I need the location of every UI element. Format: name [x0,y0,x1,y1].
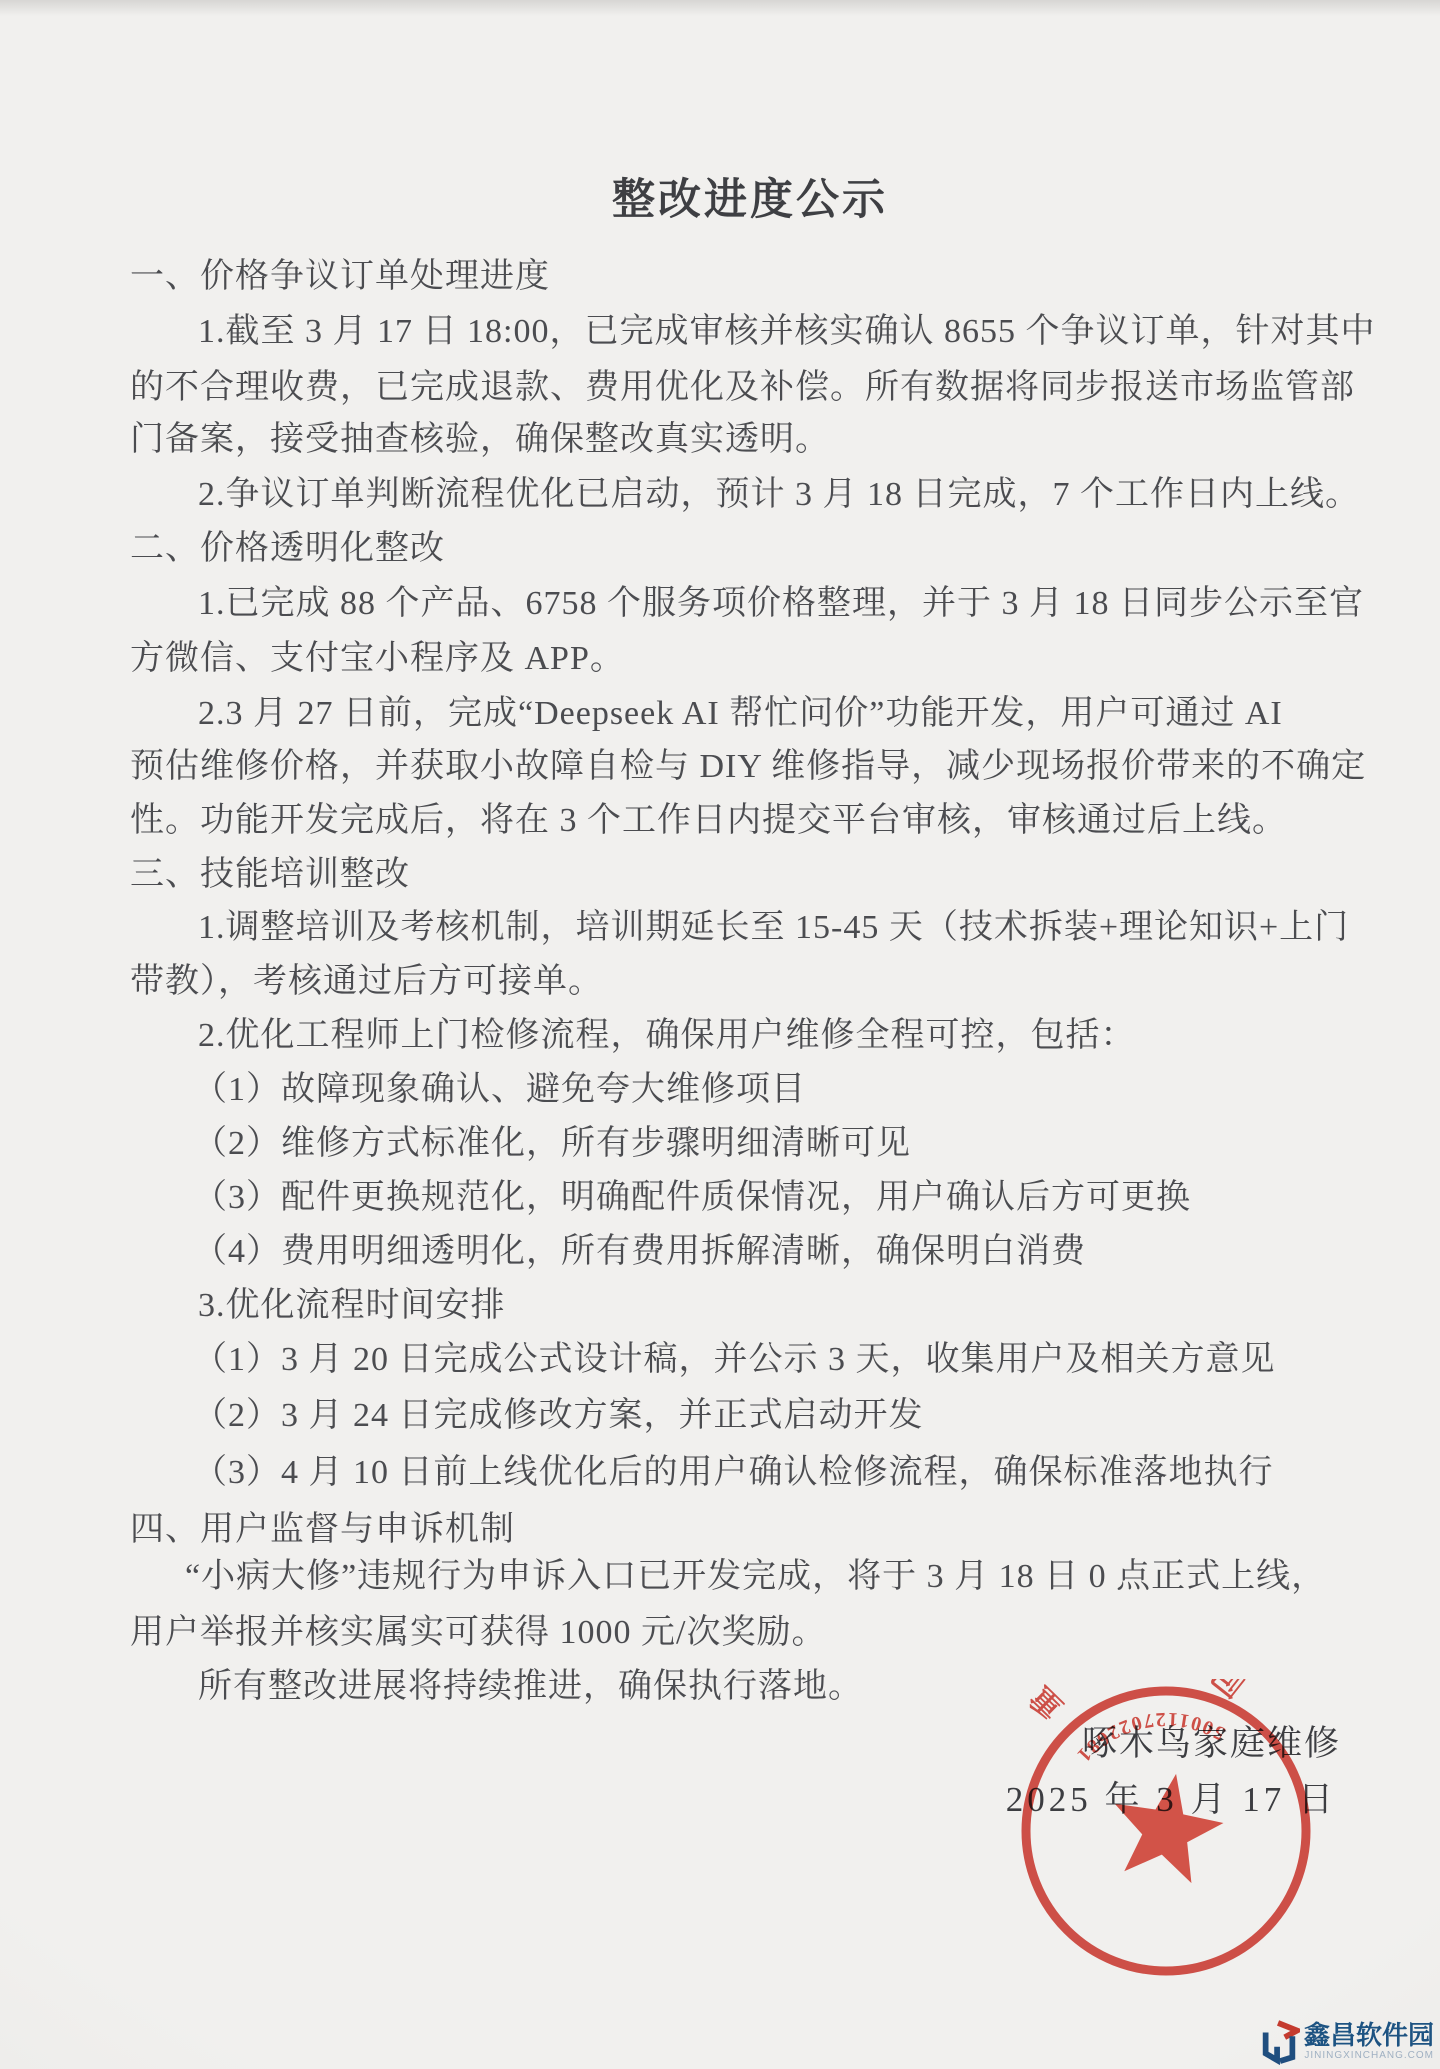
doc-line: 用户举报并核实属实可获得 1000 元/次奖励。 [130,1606,826,1660]
doc-line: 带教），考核通过后方可接单。 [130,955,603,1009]
doc-line: （4）费用明细透明化，所有费用拆解清晰，确保明白消费 [193,1225,1086,1279]
doc-line: （1）3 月 20 日完成公式设计稿，并公示 3 天，收集用户及相关方意见 [193,1333,1276,1387]
doc-line: 方微信、支付宝小程序及 APP。 [130,632,625,686]
doc-line: 1.调整培训及考核机制，培训期延长至 15-45 天（技术拆装+理论知识+上门 [198,901,1349,955]
watermark-name: 鑫昌软件园 [1304,2022,1434,2048]
doc-line: 所有整改进展将持续推进，确保执行落地。 [198,1660,863,1714]
doc-line: “小病大修”违规行为申诉入口已开发完成，将于 3 月 18 日 0 点正式上线， [185,1550,1326,1604]
doc-line: 2.优化工程师上门检修流程，确保用户维修全程可控，包括： [198,1009,1136,1063]
stamp-star-icon [1103,1764,1230,1886]
watermark-logo-icon [1258,2019,1300,2065]
doc-line: （1）故障现象确认、避免夸大维修项目 [193,1063,806,1117]
doc-line: 2.争议订单判断流程优化已启动，预计 3 月 18 日完成，7 个工作日内上线。 [198,468,1360,522]
doc-line: 三、技能培训整改 [130,848,410,902]
doc-line: 1.截至 3 月 17 日 18:00，已完成审核并核实确认 8655 个争议订… [198,305,1375,359]
doc-line: 二、价格透明化整改 [130,522,445,576]
doc-line: （2）3 月 24 日完成修改方案，并正式启动开发 [193,1389,924,1443]
photographed-document: { "page": { "paper_color": "#f1f0ee", "t… [0,0,1440,2069]
doc-line: 预估维修价格，并获取小故障自检与 DIY 维修指导，减少现场报价带来的不确定 [130,740,1366,794]
doc-line: 3.优化流程时间安排 [198,1279,506,1333]
site-watermark: 鑫昌软件园 JININGXINCHANG.COM [1258,2014,1440,2069]
doc-line: （3）配件更换规范化，明确配件质保情况，用户确认后方可更换 [193,1171,1191,1225]
doc-line: 性。功能开发完成后，将在 3 个工作日内提交平台审核，审核通过后上线。 [130,794,1287,848]
doc-line: （3）4 月 10 日前上线优化后的用户确认检修流程，确保标准落地执行 [193,1446,1274,1500]
doc-line: 一、价格争议订单处理进度 [130,250,550,304]
watermark-domain: JININGXINCHANG.COM [1304,2051,1434,2061]
doc-line: 2.3 月 27 日前，完成“Deepseek AI 帮忙问价”功能开发，用户可… [198,687,1283,741]
doc-line: 的不合理收费，已完成退款、费用优化及补偿。所有数据将同步报送市场监管部 [130,361,1355,415]
doc-line: 1.已完成 88 个产品、6758 个服务项价格整理，并于 3 月 18 日同步… [198,577,1364,631]
company-stamp: 重庆啄木鸟网络科技有限公司 5001127022681 [1016,1679,1316,1979]
stamp-serial: 5001127022681 [1066,1696,1232,1770]
doc-line: （2）维修方式标准化，所有步骤明细清晰可见 [193,1117,911,1171]
doc-line: 四、用户监督与申诉机制 [130,1503,515,1557]
doc-line: 门备案，接受抽查核验，确保整改真实透明。 [130,413,830,467]
